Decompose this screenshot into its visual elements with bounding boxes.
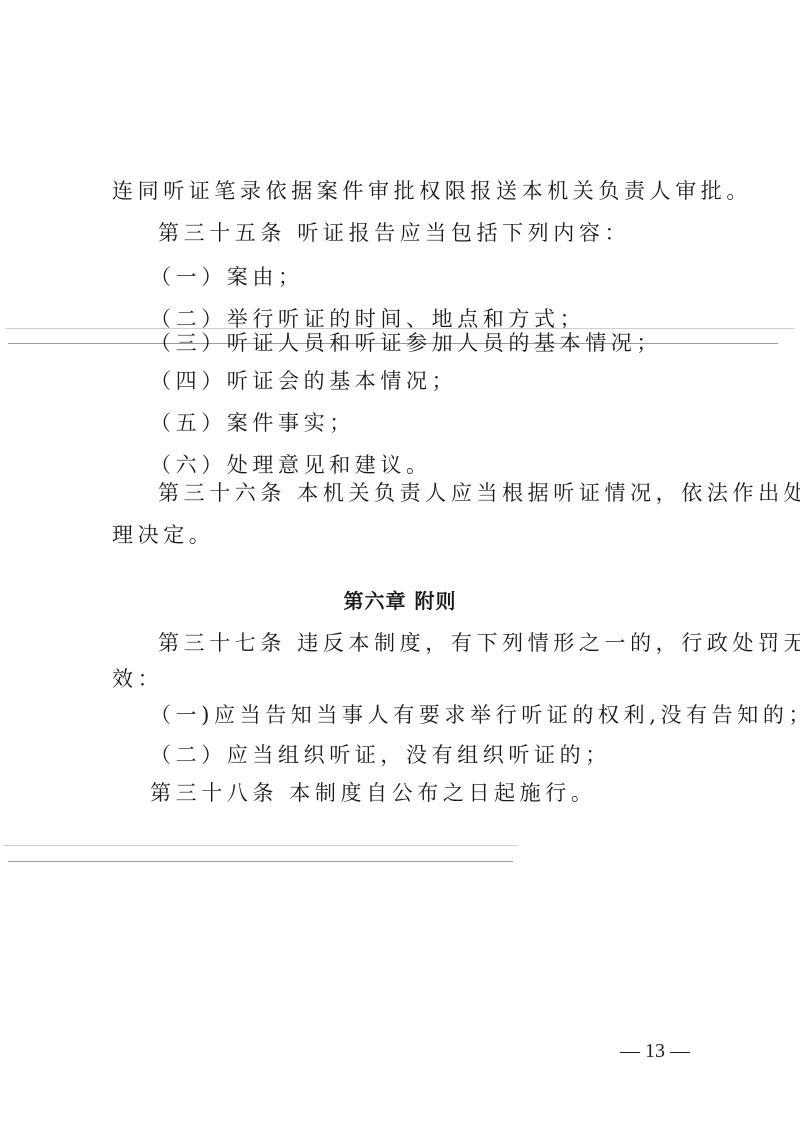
article-35: 第三十五条 听证报告应当包括下列内容：: [158, 218, 630, 248]
list-item: （四）听证会的基本情况；: [150, 366, 457, 396]
article-36: 第三十六条 本机关负责人应当根据听证情况，依法作出处: [158, 478, 800, 508]
list-item: （五）案件事实；: [150, 408, 355, 438]
scan-line: [3, 845, 518, 846]
paragraph-line: 效：: [112, 664, 163, 694]
list-item: （一)应当告知当事人有要求举行听证的权利,没有告知的；: [150, 700, 800, 730]
article-38: 第三十八条 本制度自公布之日起施行。: [150, 778, 596, 808]
chapter-heading: 第六章 附则: [0, 586, 800, 616]
document-page: 连同听证笔录依据案件审批权限报送本机关负责人审批。 第三十五条 听证报告应当包括…: [0, 0, 800, 1130]
paragraph-line: 连同听证笔录依据案件审批权限报送本机关负责人审批。: [112, 176, 752, 206]
page-number: — 13 —: [620, 1040, 690, 1063]
list-item: （二）应当组织听证，没有组织听证的；: [150, 740, 611, 770]
paragraph-line: 理决定。: [112, 520, 214, 550]
list-item: （六）处理意见和建议。: [150, 450, 432, 480]
scan-line: [8, 861, 513, 862]
list-item: （一）案由；: [150, 262, 304, 292]
list-item: （三）听证人员和听证参加人员的基本情况；: [150, 328, 662, 358]
article-37: 第三十七条 违反本制度，有下列情形之一的，行政处罚无: [158, 628, 800, 658]
